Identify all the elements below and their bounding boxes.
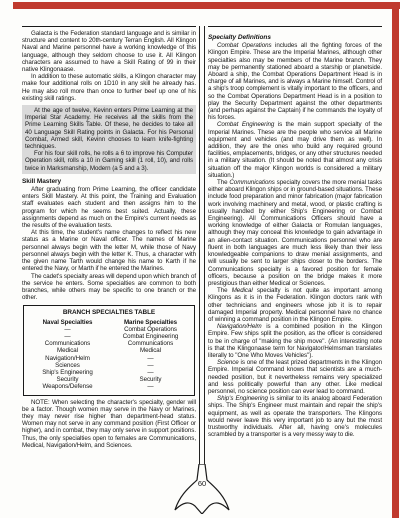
table-cell: Communications: [109, 340, 192, 347]
example-paragraph: At the age of twelve, Kevinn enters Prim…: [25, 107, 193, 150]
klingon-emblem-icon: 60: [173, 464, 231, 514]
paragraph: After graduating from Prime Learning, th…: [22, 186, 196, 229]
note-paragraph: NOTE: When selecting the character's spe…: [22, 399, 196, 449]
table-cell: Sciences: [26, 362, 109, 369]
table-cell: —: [109, 355, 192, 362]
example-box: At the age of twelve, Kevinn enters Prim…: [22, 105, 196, 174]
paragraph: Galacta is the Federation standard langu…: [22, 30, 196, 73]
page-border-right: [392, 2, 399, 518]
specialty-term: Combat Operations: [217, 42, 272, 49]
table-cell: —: [109, 383, 192, 390]
paragraph: At this time, the student's name changes…: [22, 229, 196, 272]
specialty-term: Science: [217, 359, 239, 366]
table-cell: Combat Operations: [109, 326, 192, 333]
paragraph: The cadet's specialty areas will depend …: [22, 273, 196, 302]
table-cell: Weapons/Defense: [26, 383, 109, 390]
column-divider: [199, 26, 205, 464]
table-cell: Medical: [26, 347, 109, 354]
definition-paragraph: Combat Operations includes all the fight…: [208, 42, 382, 121]
paragraph: In addition to these automatic skills, a…: [22, 73, 196, 102]
definition-paragraph: The Medical specialty is not quite as im…: [208, 287, 382, 323]
definition-paragraph: The Communications specialty covers the …: [208, 179, 382, 287]
definition-paragraph: Navigation/Helm is a combined position i…: [208, 323, 382, 359]
table-grid: Naval Specialties Marine Specialties — C…: [26, 319, 192, 391]
table-cell: —: [109, 369, 192, 376]
specialty-term: Navigation/Helm: [217, 323, 262, 330]
table-cell: Navigation/Helm: [26, 355, 109, 362]
definition-paragraph: Ship's Engineering is similar to its ana…: [208, 395, 382, 438]
definition-paragraph: Combat Engineering is the main support s…: [208, 121, 382, 179]
table-cell: —: [109, 362, 192, 369]
table-column-header: Naval Specialties: [26, 319, 109, 326]
example-paragraph: For his four skill rolls, he rolls a 6 t…: [25, 150, 193, 172]
right-column: Specialty Definitions Combat Operations …: [208, 26, 382, 449]
page-border-top: [13, 2, 400, 9]
table-cell: Security: [109, 376, 192, 383]
table-cell: Communications: [26, 340, 109, 347]
emblem-outline: [175, 464, 229, 514]
page-number: 60: [198, 479, 206, 488]
branch-specialties-table: BRANCH SPECIALTIES TABLE Naval Specialti…: [23, 305, 195, 395]
table-cell: Ship's Engineering: [26, 369, 109, 376]
section-heading: Specialty Definitions: [208, 34, 382, 41]
scanned-book-page: { "page": { "number": "60", "accent_colo…: [0, 0, 400, 518]
table-cell: —: [26, 326, 109, 333]
left-column: Galacta is the Federation standard langu…: [22, 26, 196, 449]
table-cell: Medical: [109, 347, 192, 354]
table-cell: —: [26, 333, 109, 340]
table-column-header: Marine Specialties: [109, 319, 192, 326]
definition-paragraph: Science is one of the least prized depar…: [208, 359, 382, 395]
section-heading: Skill Mastery: [22, 178, 196, 185]
specialty-term: Medical: [232, 287, 253, 294]
table-cell: Combat Engineering: [109, 333, 192, 340]
table-cell: Security: [26, 376, 109, 383]
table-title: BRANCH SPECIALTIES TABLE: [26, 309, 192, 316]
specialty-term: Ship's Engineering: [217, 395, 268, 402]
specialty-term: Communications: [229, 179, 274, 186]
specialty-term: Combat Engineering: [217, 121, 274, 128]
